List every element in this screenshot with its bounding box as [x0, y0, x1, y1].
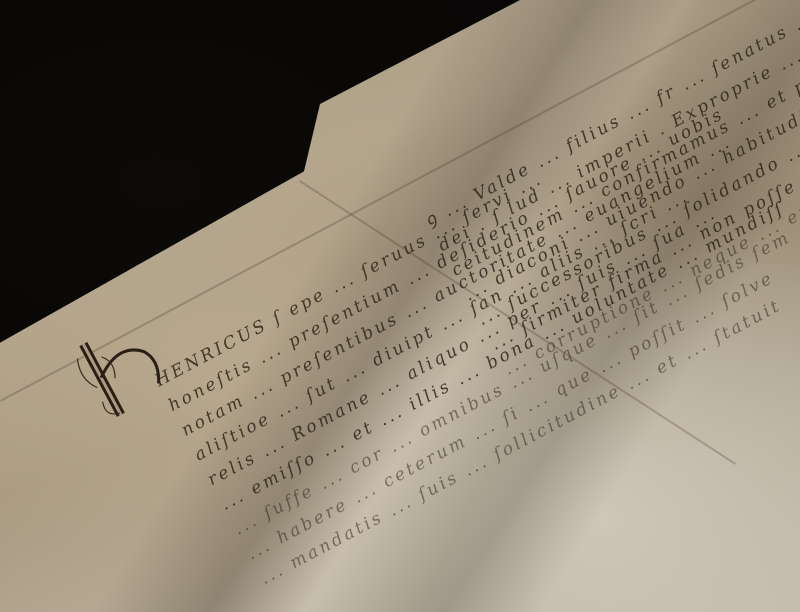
manuscript-photo: ꝯ ... Valde ... filius ... fr ... ſenatu… — [0, 0, 800, 612]
